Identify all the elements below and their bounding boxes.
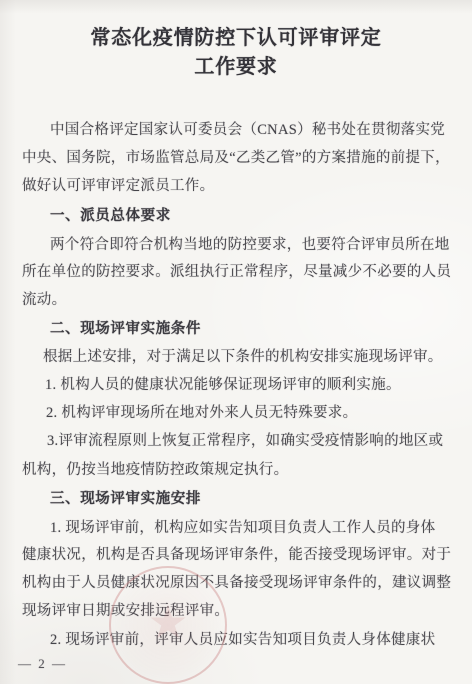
section-2-item-2: 2. 机构评审现场所在地对外来人员无特殊要求。 <box>46 405 357 422</box>
section-1-heading: 一、派员总体要求 <box>50 208 171 225</box>
section-3-item-1-line-3: 机构由于人员健康状况原因不具备接受现场评审条件的，建议调整 <box>22 575 451 592</box>
section-3-item-1-line-2: 健康状况，机构是否具备现场评审条件，能否接受现场评审。对于 <box>22 547 451 564</box>
document-page: 常态化疫情防控下认可评审评定 工作要求 中国合格评定国家认可委员会（CNAS）秘… <box>0 0 472 684</box>
intro-paragraph-line-2: 中央、国务院，市场监管总局及“乙类乙管”的方案措施的前提下， <box>22 150 450 167</box>
section-3-item-1-line-4: 现场评审日期或安排远程评审。 <box>22 603 229 620</box>
section-2-heading: 二、现场评审实施条件 <box>50 321 201 338</box>
section-3-item-1-line-1: 1. 现场评审前，机构应如实告知项目负责人工作人员的身体 <box>50 520 435 537</box>
document-title-line-1: 常态化疫情防控下认可评审评定 <box>0 27 472 50</box>
section-1-line-1: 两个符合即符合机构当地的防控要求，也要符合评审员所在地 <box>50 237 450 254</box>
section-1-line-3: 流动。 <box>22 292 66 309</box>
intro-paragraph-line-1: 中国合格评定国家认可委员会（CNAS）秘书处在贯彻落实党 <box>50 122 445 139</box>
intro-paragraph-line-3: 做好认可评审评定派员工作。 <box>22 178 214 195</box>
section-2-item-3-line-1: 3.评审流程原则上恢复正常程序，如确实受疫情影响的地区或 <box>47 433 443 450</box>
section-2-item-3-line-2: 机构，仍按当地疫情防控政策规定执行。 <box>22 462 288 479</box>
section-1-line-2: 所在单位的防控要求。派组执行正常程序，尽量减少不必要的人员 <box>22 264 451 281</box>
section-2-item-1: 1. 机构人员的健康状况能够保证现场评审的顺利实施。 <box>45 377 401 394</box>
section-2-line-1: 根据上述安排，对于满足以下条件的机构安排实施现场评审。 <box>43 349 443 366</box>
document-title-line-2: 工作要求 <box>0 56 472 79</box>
section-3-heading: 三、现场评审实施安排 <box>50 491 201 508</box>
section-3-item-2-line-1: 2. 现场评审前，评审人员应如实告知项目负责人身体健康状 <box>50 632 435 649</box>
page-number: — 2 — <box>18 657 67 672</box>
